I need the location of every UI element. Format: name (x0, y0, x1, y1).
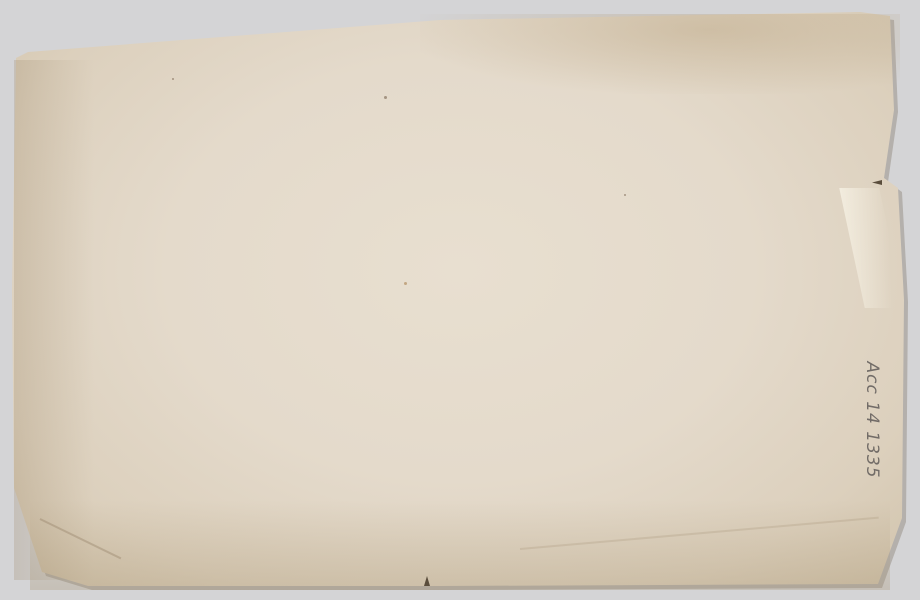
photo-stage: Acc 14 1335 (0, 0, 920, 600)
paper-sheet (0, 0, 920, 600)
speck (384, 96, 387, 99)
speck (404, 282, 407, 285)
pencil-inscription: Acc 14 1335 (862, 361, 882, 478)
speck (172, 78, 174, 80)
speck (624, 194, 626, 196)
